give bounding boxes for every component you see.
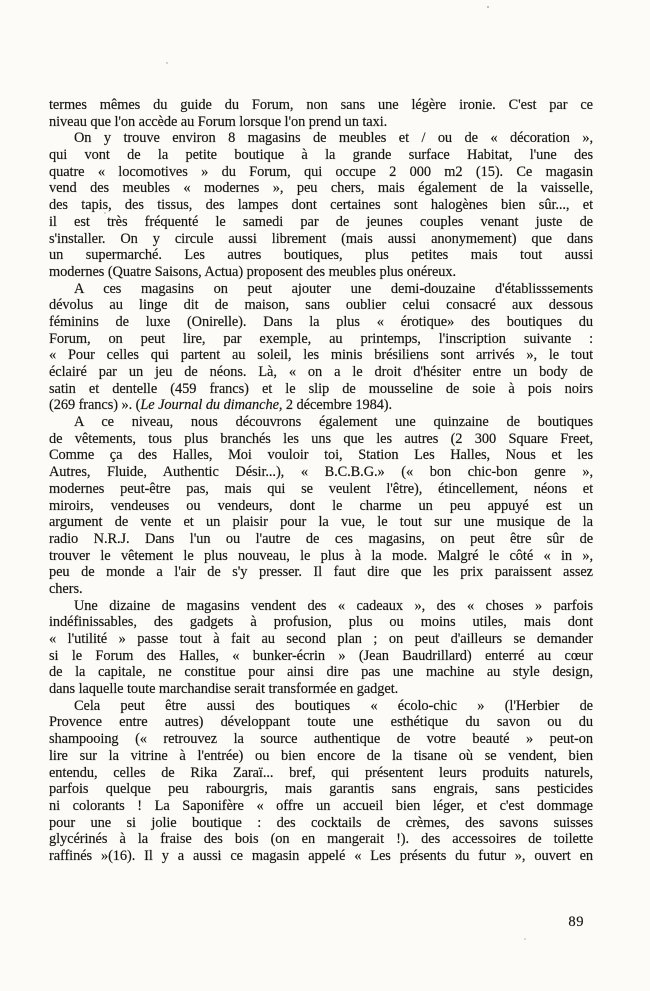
text-line: de vêtements, tous plus branchés les uns… [49, 431, 593, 448]
text-line: A ces magasins on peut ajouter une demi-… [49, 281, 593, 298]
page-number: 89 [49, 914, 584, 931]
text-line: des tapis, des tissus, des lampes dont c… [49, 197, 593, 214]
text-line: argument de vente et un plaisir pour la … [49, 514, 593, 531]
paragraph: Cela peut être aussi des boutiques « éco… [49, 698, 593, 865]
text-line: Une dizaine de magasins vendent des « ca… [49, 598, 593, 615]
text-line: On y trouve environ 8 magasins de meuble… [49, 130, 593, 147]
text-line: termes mêmes du guide du Forum, non sans… [49, 97, 593, 114]
text-line: trouver le vêtement le plus nouveau, le … [49, 548, 593, 565]
text-line: si le Forum des Halles, « bunker-écrin »… [49, 648, 593, 665]
text-line: Provence entre autres) développant toute… [49, 714, 593, 731]
text-line: Comme ça des Halles, Moi vouloir toi, St… [49, 447, 593, 464]
paragraph: A ce niveau, nous découvrons également u… [49, 414, 593, 598]
text-line: vend des meubles « modernes », peu chers… [49, 180, 593, 197]
text-line: dans laquelle toute marchandise serait t… [49, 681, 593, 698]
paragraph: On y trouve environ 8 magasins de meuble… [49, 130, 593, 280]
text-line: « Pour celles qui partent au soleil, les… [49, 347, 593, 364]
document-page: termes mêmes du guide du Forum, non sans… [0, 0, 650, 991]
text-line: modernes peut-être pas, mais qui se veul… [49, 481, 593, 498]
text-line: Autres, Fluide, Authentic Désir...), « B… [49, 464, 593, 481]
text-line: glycérinés à la fraise des bois (on en m… [49, 831, 593, 848]
text-line: un supermarché. Les autres boutiques, pl… [49, 247, 593, 264]
text-line: pour une si jolie boutique : des cocktai… [49, 815, 593, 832]
text-line: raffinés »(16). Il y a aussi ce magasin … [49, 848, 593, 865]
text-line: ni colorants ! La Saponifère « offre un … [49, 798, 593, 815]
text-line: indéfinissables, des gadgets à profusion… [49, 614, 593, 631]
text-line: Cela peut être aussi des boutiques « éco… [49, 698, 593, 715]
text-line: satin et dentelle (459 francs) et le sli… [49, 381, 593, 398]
italic-citation: Le Journal du dimanche, [140, 397, 282, 413]
text-segment: 2 décembre 1984). [282, 397, 392, 413]
paragraph: termes mêmes du guide du Forum, non sans… [49, 97, 593, 130]
text-line: féminins de luxe (Onirelle). Dans la plu… [49, 314, 593, 331]
text-line: Forum, on peut lire, par exemple, au pri… [49, 331, 593, 348]
text-line: de la capitale, ne constitue pour ainsi … [49, 664, 593, 681]
text-segment: (269 francs) ». ( [49, 397, 140, 413]
text-line: shampooing (« retrouvez la source authen… [49, 731, 593, 748]
text-line: dévolus au linge dit de maison, sans oub… [49, 297, 593, 314]
text-line: chers. [49, 581, 593, 598]
text-line: qui vont de la petite boutique à la gran… [49, 147, 593, 164]
text-line: il est très fréquenté le samedi par de j… [49, 214, 593, 231]
text-line: éclairé par un jeu de néons. Là, « on a … [49, 364, 593, 381]
text-line: A ce niveau, nous découvrons également u… [49, 414, 593, 431]
text-line: peu de monde a l'air de s'y presser. Il … [49, 564, 593, 581]
text-line: « l'utilité » passe tout à fait au secon… [49, 631, 593, 648]
text-line: lire sur la vitrine à l'entrée) ou bien … [49, 748, 593, 765]
text-line: miroirs, vendeuses ou vendeurs, dont le … [49, 498, 593, 515]
text-line: parfois quelque peu rabourgris, mais gar… [49, 781, 593, 798]
text-line: modernes (Quatre Saisons, Actua) propose… [49, 264, 593, 281]
text-line: radio N.R.J. Dans l'un ou l'autre de ces… [49, 531, 593, 548]
paragraph: Une dizaine de magasins vendent des « ca… [49, 598, 593, 698]
body-text: termes mêmes du guide du Forum, non sans… [49, 97, 593, 865]
paragraph: A ces magasins on peut ajouter une demi-… [49, 281, 593, 415]
text-line: (269 francs) ». (Le Journal du dimanche,… [49, 397, 593, 414]
text-line: s'installer. On y circule aussi libremen… [49, 231, 593, 248]
text-line: entendu, celles de Rika Zaraï... bref, q… [49, 765, 593, 782]
text-line: quatre « locomotives » du Forum, qui occ… [49, 164, 593, 181]
scan-noise [0, 0, 2, 2]
text-line: niveau que l'on accède au Forum lorsque … [49, 114, 593, 131]
